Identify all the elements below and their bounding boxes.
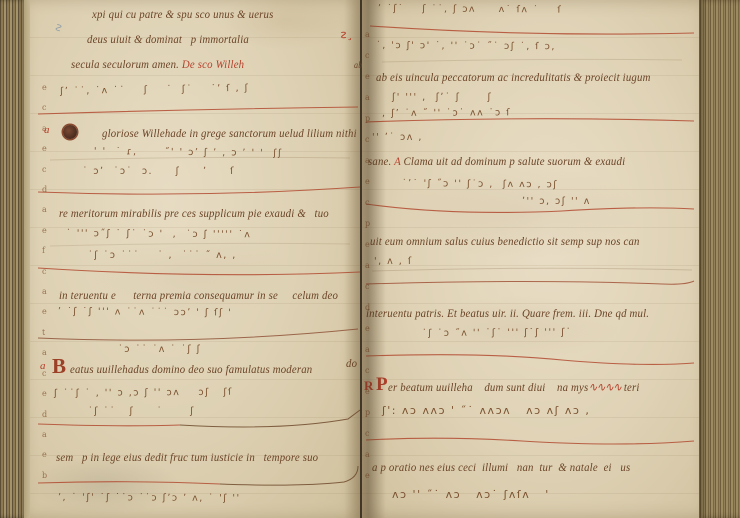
text-line: eatus uuillehadus domino deo suo famulat… xyxy=(70,362,312,377)
initial-o-decorated xyxy=(63,125,77,139)
neume-row: ʃ': ʌɔ ʌʌɔ ' ˝˙ ʌʌɔʌ ʌɔ ʌʃ ʌɔ , xyxy=(382,404,590,417)
text-line: uit eum omnium salus cuius benedictio si… xyxy=(370,234,640,249)
neume-row: ʌɔ '' ˝˙ ʌɔ ʌɔ˙ ʃʌſʌ ' xyxy=(392,488,550,501)
text-line: a p oratio nes eius ceci illumi nan tur … xyxy=(372,460,630,475)
left-page: e c a e c d a e f c a e t a c e d a e b … xyxy=(30,0,360,518)
margin-letter-red: a xyxy=(44,124,50,136)
text-run: Clama uit ad dominum p salute suorum & e… xyxy=(404,154,626,168)
text-run: er beatum uuilleha dum sunt diui na mys xyxy=(388,380,588,394)
neume-row: ˙ ɔʼ ˙ɔ˙ ɔ. ʃ ʼ ſ xyxy=(78,166,235,177)
neume-row: ˙ʃ ˙˙ ʃ ˙ ʃ xyxy=(88,406,195,417)
neume-row: ʼ, ˙ 'ʃ' ˙ʃ ˙˙ɔ ˙˙ɔ ʃʼɔ ʼ ʌ, ˙ 'ʃ '' xyxy=(58,492,241,504)
neume-row: ʼ ˙ʃ ˙ʃ ''' ʌ ˙˙ʌ ˙˙˙ ɔɔʼ ' ʃ ſʃ ' xyxy=(58,306,232,319)
neume-row: ˙, 'ɔ ʃ' ɔ' ˙, '' ˙ɔ˙ ˝˙ ɔʃ ˙, ſ ɔ, xyxy=(376,40,556,52)
neume-row: ʼ ˙ʃ˙ ʃ ˙˙, ʃ ɔʌ ʌ˙ ſʌ ˙ ſ xyxy=(378,3,562,16)
fore-edge-right xyxy=(699,0,740,518)
neume-row: ˙ʃ ˙ɔ ˝ʌ '' ˙ʃ˙ ''' ʃ˙ʃ ''' ʃ˙ xyxy=(422,327,572,339)
neume-row: ˙ɔ ˙˙ ˙ʌ ˙ ˙ʃ ʃ xyxy=(118,344,201,355)
antiphon-mark: A xyxy=(394,154,403,168)
neume-row: ˙ ''' ɔ˝ʃ ˙ ʃ˙ ˙ɔ ' , ˙ɔ ʃ ''''' ˙ʌ xyxy=(66,228,251,240)
neume-row: ˙ʼ˙ 'ʃ ˝ɔ '' ʃ˙ɔ , ʃʌ ʌɔ , ɔʃ xyxy=(402,178,558,190)
text-run: teri xyxy=(621,380,640,394)
binding-edge-left xyxy=(0,0,26,518)
text-line: in teruentu e terna premia consequamur i… xyxy=(59,288,338,303)
text-line: deus uiuit & dominat p immortalia xyxy=(87,32,249,47)
neume-row: , ʃʼ ˙ʌ ˝ '' ˙ɔ˙ ʌʌ ˙ɔ ſ xyxy=(382,107,511,119)
text-line: ab eis uincula peccatorum ac incredulita… xyxy=(376,70,651,85)
text-line: sane. A Clama uit ad dominum p salute su… xyxy=(368,154,625,169)
neume-row: ʃ' ''' , ʃʼ˙ ʃ ʃ xyxy=(392,92,492,103)
gutter-shadow xyxy=(344,0,386,518)
initial-b: B xyxy=(52,354,66,379)
text-line: interuentu patris. Et beatus uir. ii. Qu… xyxy=(366,306,649,321)
text-line: xpi qui cu patre & spu sco unus & uerus xyxy=(92,7,274,22)
manuscript-photo: e c a e c d a e f c a e t a c e d a e b … xyxy=(0,0,740,518)
margin-letters-column: e c a e c d a e f c a e t a c e d a e b xyxy=(42,78,47,486)
text-run: secula seculorum amen. xyxy=(71,57,179,71)
text-line: secula seculorum amen. De sco Willeh xyxy=(71,57,244,72)
neume-row: ʃ ˙˙ʃ ˙ , '' ɔ ,ɔ ʃ '' ɔʌ ɔʃ ʃſ xyxy=(54,387,233,399)
right-page: a c e a p c a e c p e a c d e a c e p c … xyxy=(362,0,699,518)
text-line: er beatum uuilleha dum sunt diui na mys∿… xyxy=(388,380,640,395)
text-line: gloriose Willehade in grege sanctorum ue… xyxy=(102,126,357,141)
neume-row: ˙ʃ ˙ɔ ˙˙˙ ˙ , ˙˙˙ ˝ ʌ, , xyxy=(88,250,237,261)
red-line-filler: ∿∿∿∿ xyxy=(588,380,621,394)
margin-letter-red: a xyxy=(40,360,46,372)
neume-row: ' ' ˙ ɾ, ˝' ' ɔʼ ʃ ʼ , ɔ ʼ ' ' ʃʃ xyxy=(94,146,283,159)
rubric-de-sco-willeh: De sco Willeh xyxy=(179,57,244,71)
text-line: sem p in lege eius dedit fruc tum iustic… xyxy=(56,450,318,465)
text-line: re meritorum mirabilis pre ces supplicum… xyxy=(59,206,329,221)
neume-row: ʼ'' ɔ, ɔʃ '' ʌ xyxy=(522,196,591,207)
